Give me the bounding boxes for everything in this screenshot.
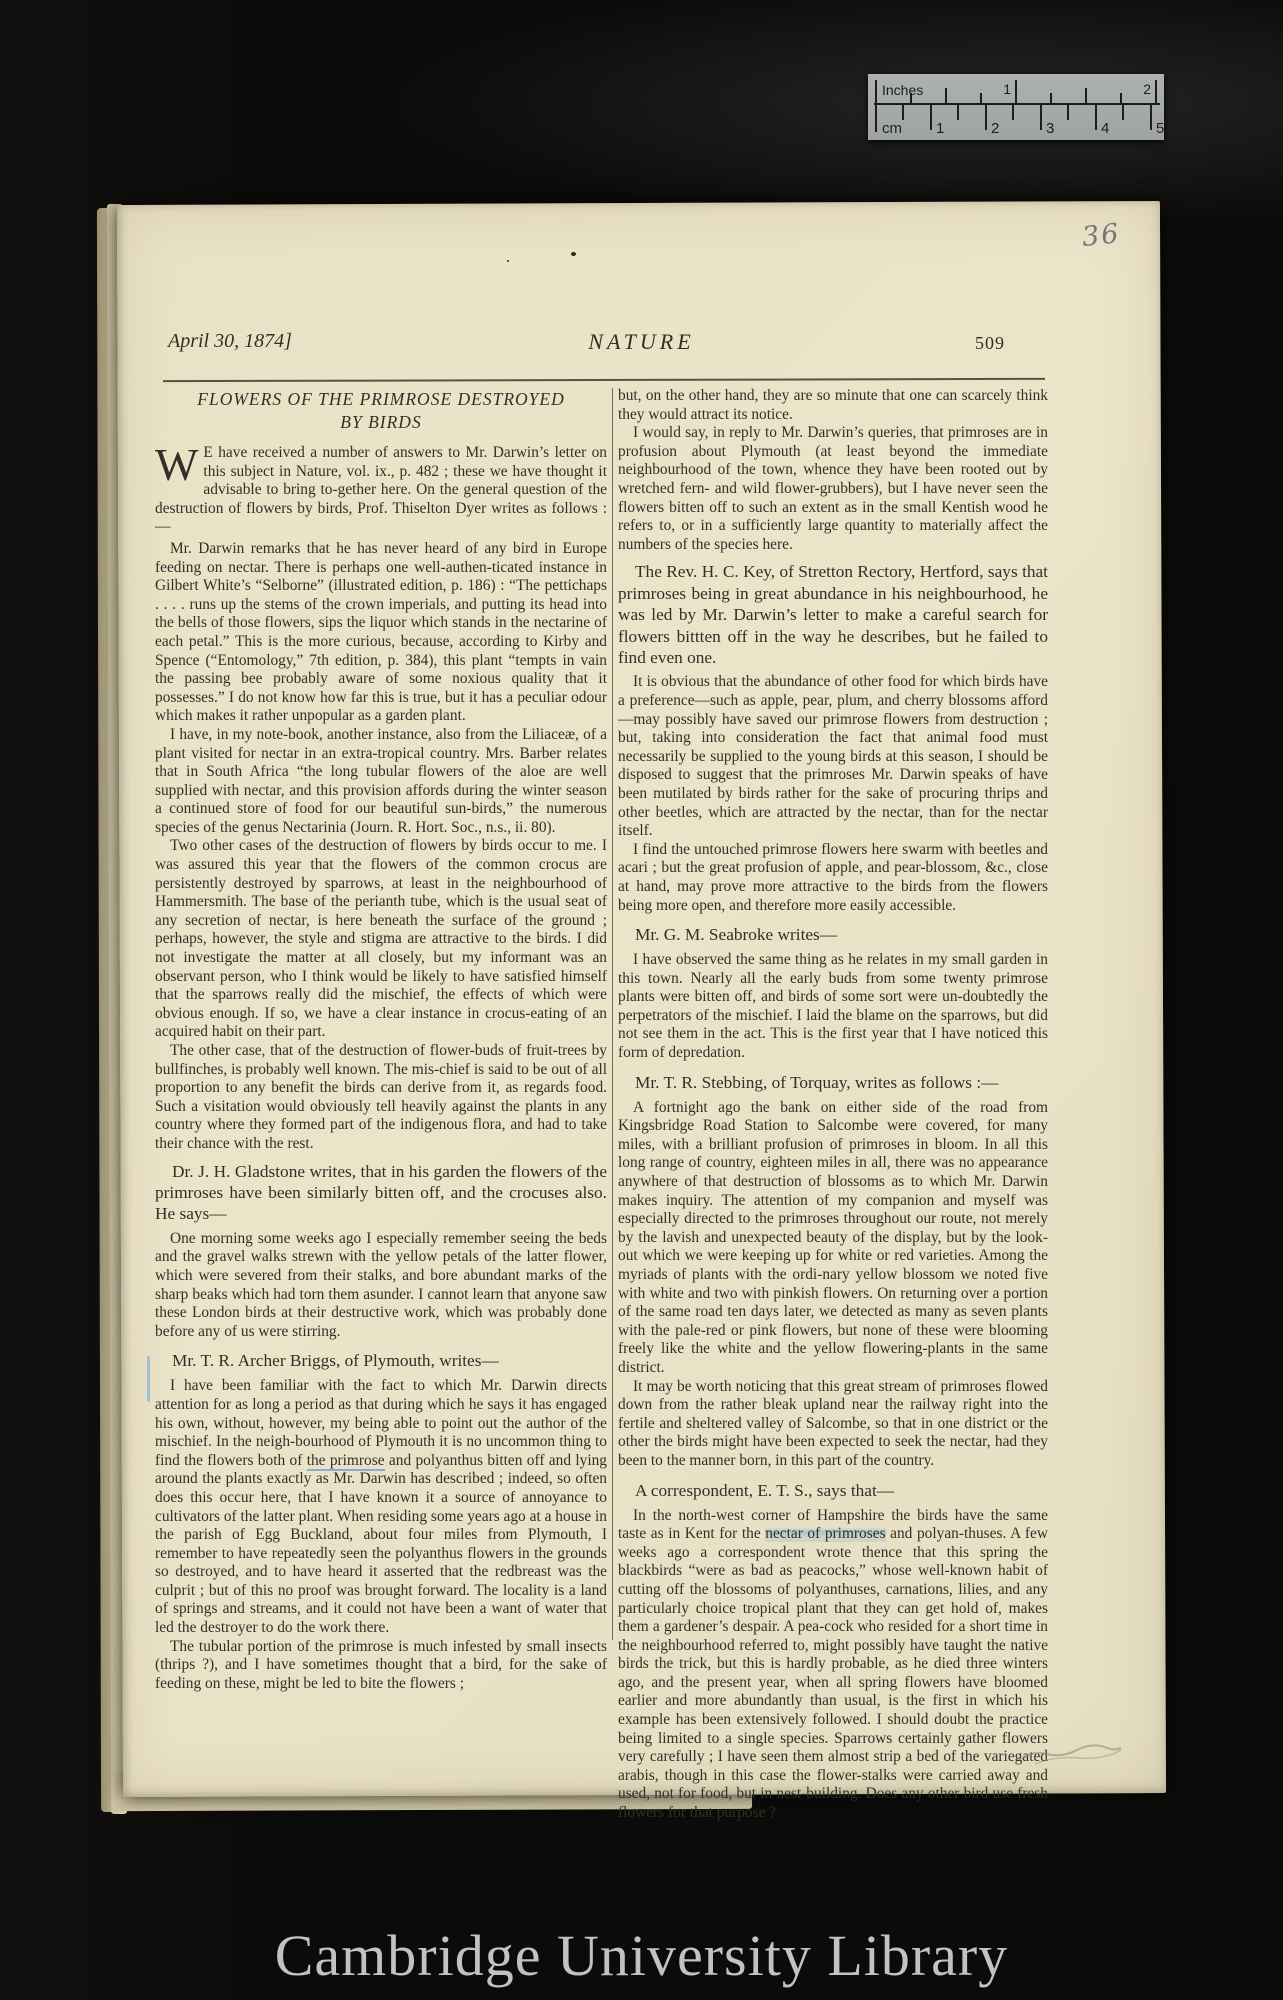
blue-highlight-annotation: nectar of primroses [765,1525,885,1542]
article-title: FLOWERS OF THE PRIMROSE DESTROYED BY BIR… [155,388,607,434]
paragraph-seabroke: I have observed the same thing as he rel… [618,951,1048,1063]
paragraph-continuation: but, on the other hand, they are so minu… [618,387,1048,424]
paragraph-ets: In the north-west corner of Hampshire th… [618,1507,1048,1823]
paragraph-plymouth-reply: I would say, in reply to Mr. Darwin’s qu… [618,424,1048,554]
paragraph-bullfinches: The other case, that of the destruction … [155,1042,607,1154]
paragraph-crocus: Two other cases of the destruction of fl… [155,837,607,1042]
article-title-line2: BY BIRDS [155,411,607,434]
paragraph-beetles: I find the untouched primrose flowers he… [618,841,1048,915]
ets-text-post: and polyan-thuses. A few weeks ago a cor… [618,1525,1048,1821]
paragraph-gladstone: One morning some weeks ago I especially … [155,1230,607,1342]
measurement-ruler: Inches 1 2 cm 1 2 3 4 5 [868,74,1164,140]
paragraph-liliaceae: I have, in my note-book, another instanc… [155,726,607,838]
ink-speck [571,252,576,256]
left-column: FLOWERS OF THE PRIMROSE DESTROYED BY BIR… [155,386,607,1693]
pencil-squiggle [1015,1738,1125,1768]
header-journal-title: NATURE [0,329,1283,355]
paragraph-obvious: It is obvious that the abundance of othe… [618,673,1048,840]
section-heading-seabroke: Mr. G. M. Seabroke writes— [618,924,1048,945]
section-heading-stebbing: Mr. T. R. Stebbing, of Torquay, writes a… [618,1072,1048,1093]
article-title-line1: FLOWERS OF THE PRIMROSE DESTROYED [197,389,564,409]
right-column: but, on the other hand, they are so minu… [618,387,1048,1823]
paragraph-briggs: I have been familiar with the fact to wh… [155,1377,607,1637]
paragraph-salcombe: It may be worth noticing that this great… [618,1378,1048,1471]
gladstone-intro: Dr. J. H. Gladstone writes, that in his … [155,1161,607,1225]
ruler-cm-5: 5 [1156,120,1164,137]
paragraph-thrips: The tubular portion of the primrose is m… [155,1638,607,1694]
blue-underline-annotation: the primrose [307,1452,385,1469]
blue-margin-mark [147,1356,150,1402]
header-page-number: 509 [975,333,1005,354]
ruler-cm-4: 4 [1101,120,1109,137]
ruler-cm-1: 1 [936,120,944,137]
library-watermark: Cambridge University Library [0,1922,1283,1989]
library-scan-photo: Inches 1 2 cm 1 2 3 4 5 36 April 30, 187… [0,0,1283,2000]
paragraph-darwin-remarks: Mr. Darwin remarks that he has never hea… [155,540,607,726]
ink-speck [507,260,509,262]
ruler-inches-label: Inches [882,82,923,98]
handwritten-folio-number: 36 [1080,218,1121,253]
intro-text: E have received a number of answers to M… [155,444,607,535]
ruler-cm-2: 2 [991,120,999,137]
ruler-inch-1: 1 [1003,81,1011,97]
ruler-cm-3: 3 [1046,120,1054,137]
briggs-text-post: and polyanthus bitten off and lying arou… [155,1452,607,1636]
ruler-cm-label: cm [882,120,902,137]
section-heading-briggs: Mr. T. R. Archer Briggs, of Plymouth, wr… [155,1350,607,1371]
intro-paragraph: WE have received a number of answers to … [155,444,607,537]
column-divider-rule [612,388,613,1640]
key-intro: The Rev. H. C. Key, of Stretton Rectory,… [618,561,1048,668]
paragraph-stebbing: A fortnight ago the bank on either side … [618,1099,1048,1378]
section-heading-ets: A correspondent, E. T. S., says that— [618,1480,1048,1501]
ruler-inch-2: 2 [1143,81,1151,97]
drop-cap: W [155,444,203,483]
